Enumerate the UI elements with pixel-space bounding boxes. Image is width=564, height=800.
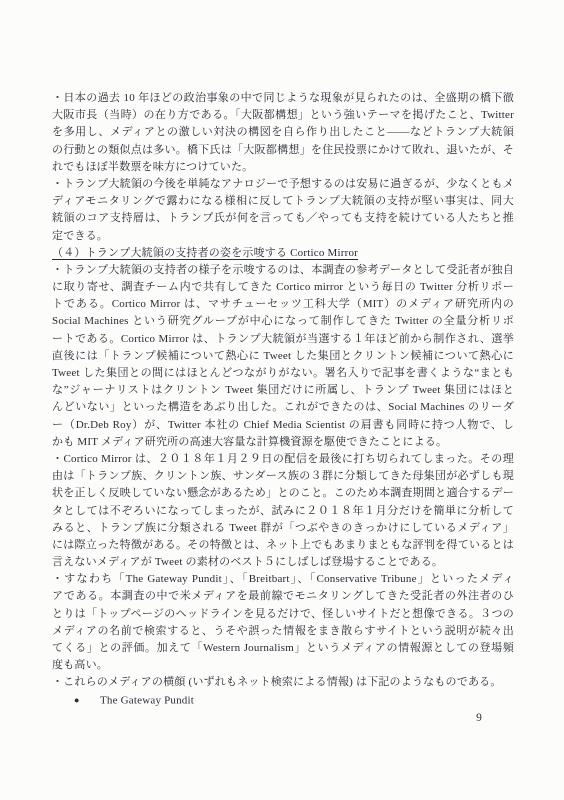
text-line: 由は「トランプ族、クリントン族、サンダース族の３群に分類してきた母集団が必ずしも… bbox=[52, 468, 514, 485]
text-line: ・すなわち「The Gateway Pundit」、「Breitbart」、「C… bbox=[52, 571, 514, 588]
text-line: ・トランプ大統領の支持者の様子を示唆するのは、本調査の参考データとして受託者が独… bbox=[52, 262, 514, 279]
text-line: とりは「トップページのヘッドラインを見るだけで、怪しいサイトだと想像できる。３つ… bbox=[52, 606, 514, 623]
text-line: の行動との類似点は多い。橋下氏は「大阪都構想」を住民投票にかけて敗れ、退いたが、… bbox=[52, 142, 514, 159]
text-line: 定できる。 bbox=[52, 228, 514, 245]
text-line: Social Machines という研究グループが中心になって制作してきた T… bbox=[52, 313, 514, 330]
text-line: に取り寄せ、調査チーム内で共有してきた Cortico mirror という毎日… bbox=[52, 279, 514, 296]
text-line: には際立った特徴がある。その特徴とは、ネット上でもあまりまともな評判を得ていると… bbox=[52, 537, 514, 554]
text-line: タとしては不ぞろいになってしまったが、試みに２０１８年１月分だけを簡単に分析して bbox=[52, 503, 514, 520]
text-line: ・日本の過去 10 年ほどの政治事象の中で同じような現象が見られたのは、全盛期の… bbox=[52, 90, 514, 107]
list-item: ●The Gateway Pundit bbox=[52, 692, 514, 709]
text-line: 直後には「トランプ候補について熱心に Tweet した集団とクリントン候補につい… bbox=[52, 348, 514, 365]
text-block: ・日本の過去 10 年ほどの政治事象の中で同じような現象が見られたのは、全盛期の… bbox=[52, 90, 514, 709]
text-line: トである。Cortico Mirror は、マサチューセッツ工科大学（MIT）の… bbox=[52, 296, 514, 313]
text-line: メディアの名前で検索すると、うそや誤った情報をまき散らすサイトという説明が続々出 bbox=[52, 623, 514, 640]
text-line: アである。本調査の中で米メディアを最前線でモニタリングしてきた受託者の外注者のひ bbox=[52, 588, 514, 605]
text-line: んどいない」といった構造をあぶり出した。これができたのは、Social Mach… bbox=[52, 399, 514, 416]
list-item-label: The Gateway Pundit bbox=[100, 694, 194, 706]
text-line: ・これらのメディアの横顔 (いずれもネット検索による情報) は下記のようなもので… bbox=[52, 674, 514, 691]
text-line: 言えないメディアが Tweet の素材のベスト５にしばしば登場することである。 bbox=[52, 554, 514, 571]
text-line: ・トランプ大統領の今後を単純なアナロジーで予想するのは安易に過ぎるが、少なくとも… bbox=[52, 176, 514, 193]
text-line: てくる」との評価。加えて「Western Journalism」というメディアの… bbox=[52, 640, 514, 657]
document-page: ・日本の過去 10 年ほどの政治事象の中で同じような現象が見られたのは、全盛期の… bbox=[0, 0, 564, 800]
text-line: 度も高い。 bbox=[52, 657, 514, 674]
text-line: な”ジャーナリストはクリントン Tweet 集団だけに所属し、トランプ Twee… bbox=[52, 382, 514, 399]
bullet-icon: ● bbox=[74, 692, 84, 709]
text-line: れでもほぼ半数票を味方につけていた。 bbox=[52, 159, 514, 176]
text-line: ー（Dr.Deb Roy）が、Twitter 本社の Chief Media S… bbox=[52, 417, 514, 434]
text-line: ートである。Cortico Mirror は、トランプ大統領が当選する１年ほど前… bbox=[52, 331, 514, 348]
text-line: みると、トランプ族に分類される Tweet 群が「つぶやきのきっかけにしているメ… bbox=[52, 520, 514, 537]
section-heading: （４）トランプ大統領の支持者の姿を示唆する Cortico Mirror bbox=[52, 245, 514, 262]
text-line: 大阪市長（当時）の在り方である。「大阪都構想」という強いテーマを掲げたこと、Tw… bbox=[52, 107, 514, 124]
text-line: ・Cortico Mirror は、２０１８年１月２９日の配信を最後に打ち切られ… bbox=[52, 451, 514, 468]
text-line: 統領のコア支持層は、トランプ氏が何を言っても／やっても支持を続けている人たちと推 bbox=[52, 210, 514, 227]
text-line: Tweet した集団との間にはほとんどつながりがない。署名入りで記事を書くような… bbox=[52, 365, 514, 382]
page-number: 9 bbox=[472, 712, 486, 724]
text-line: を多用し、メディアとの激しい対決の構図を自ら作り出したこと――などトランプ大統領 bbox=[52, 124, 514, 141]
text-line: かも MIT メディア研究所の高速大容量な計算機資源を駆使できたことによる。 bbox=[52, 434, 514, 451]
section-heading-text: （４）トランプ大統領の支持者の姿を示唆する Cortico Mirror bbox=[52, 247, 358, 259]
text-line: ディアモニタリングで露わになる様相に反してトランプ大統領の支持が堅い事実は、同大 bbox=[52, 193, 514, 210]
text-line: 状を正しく反映していない懸念があるため」とのこと。このため本調査期間と適合するデ… bbox=[52, 485, 514, 502]
